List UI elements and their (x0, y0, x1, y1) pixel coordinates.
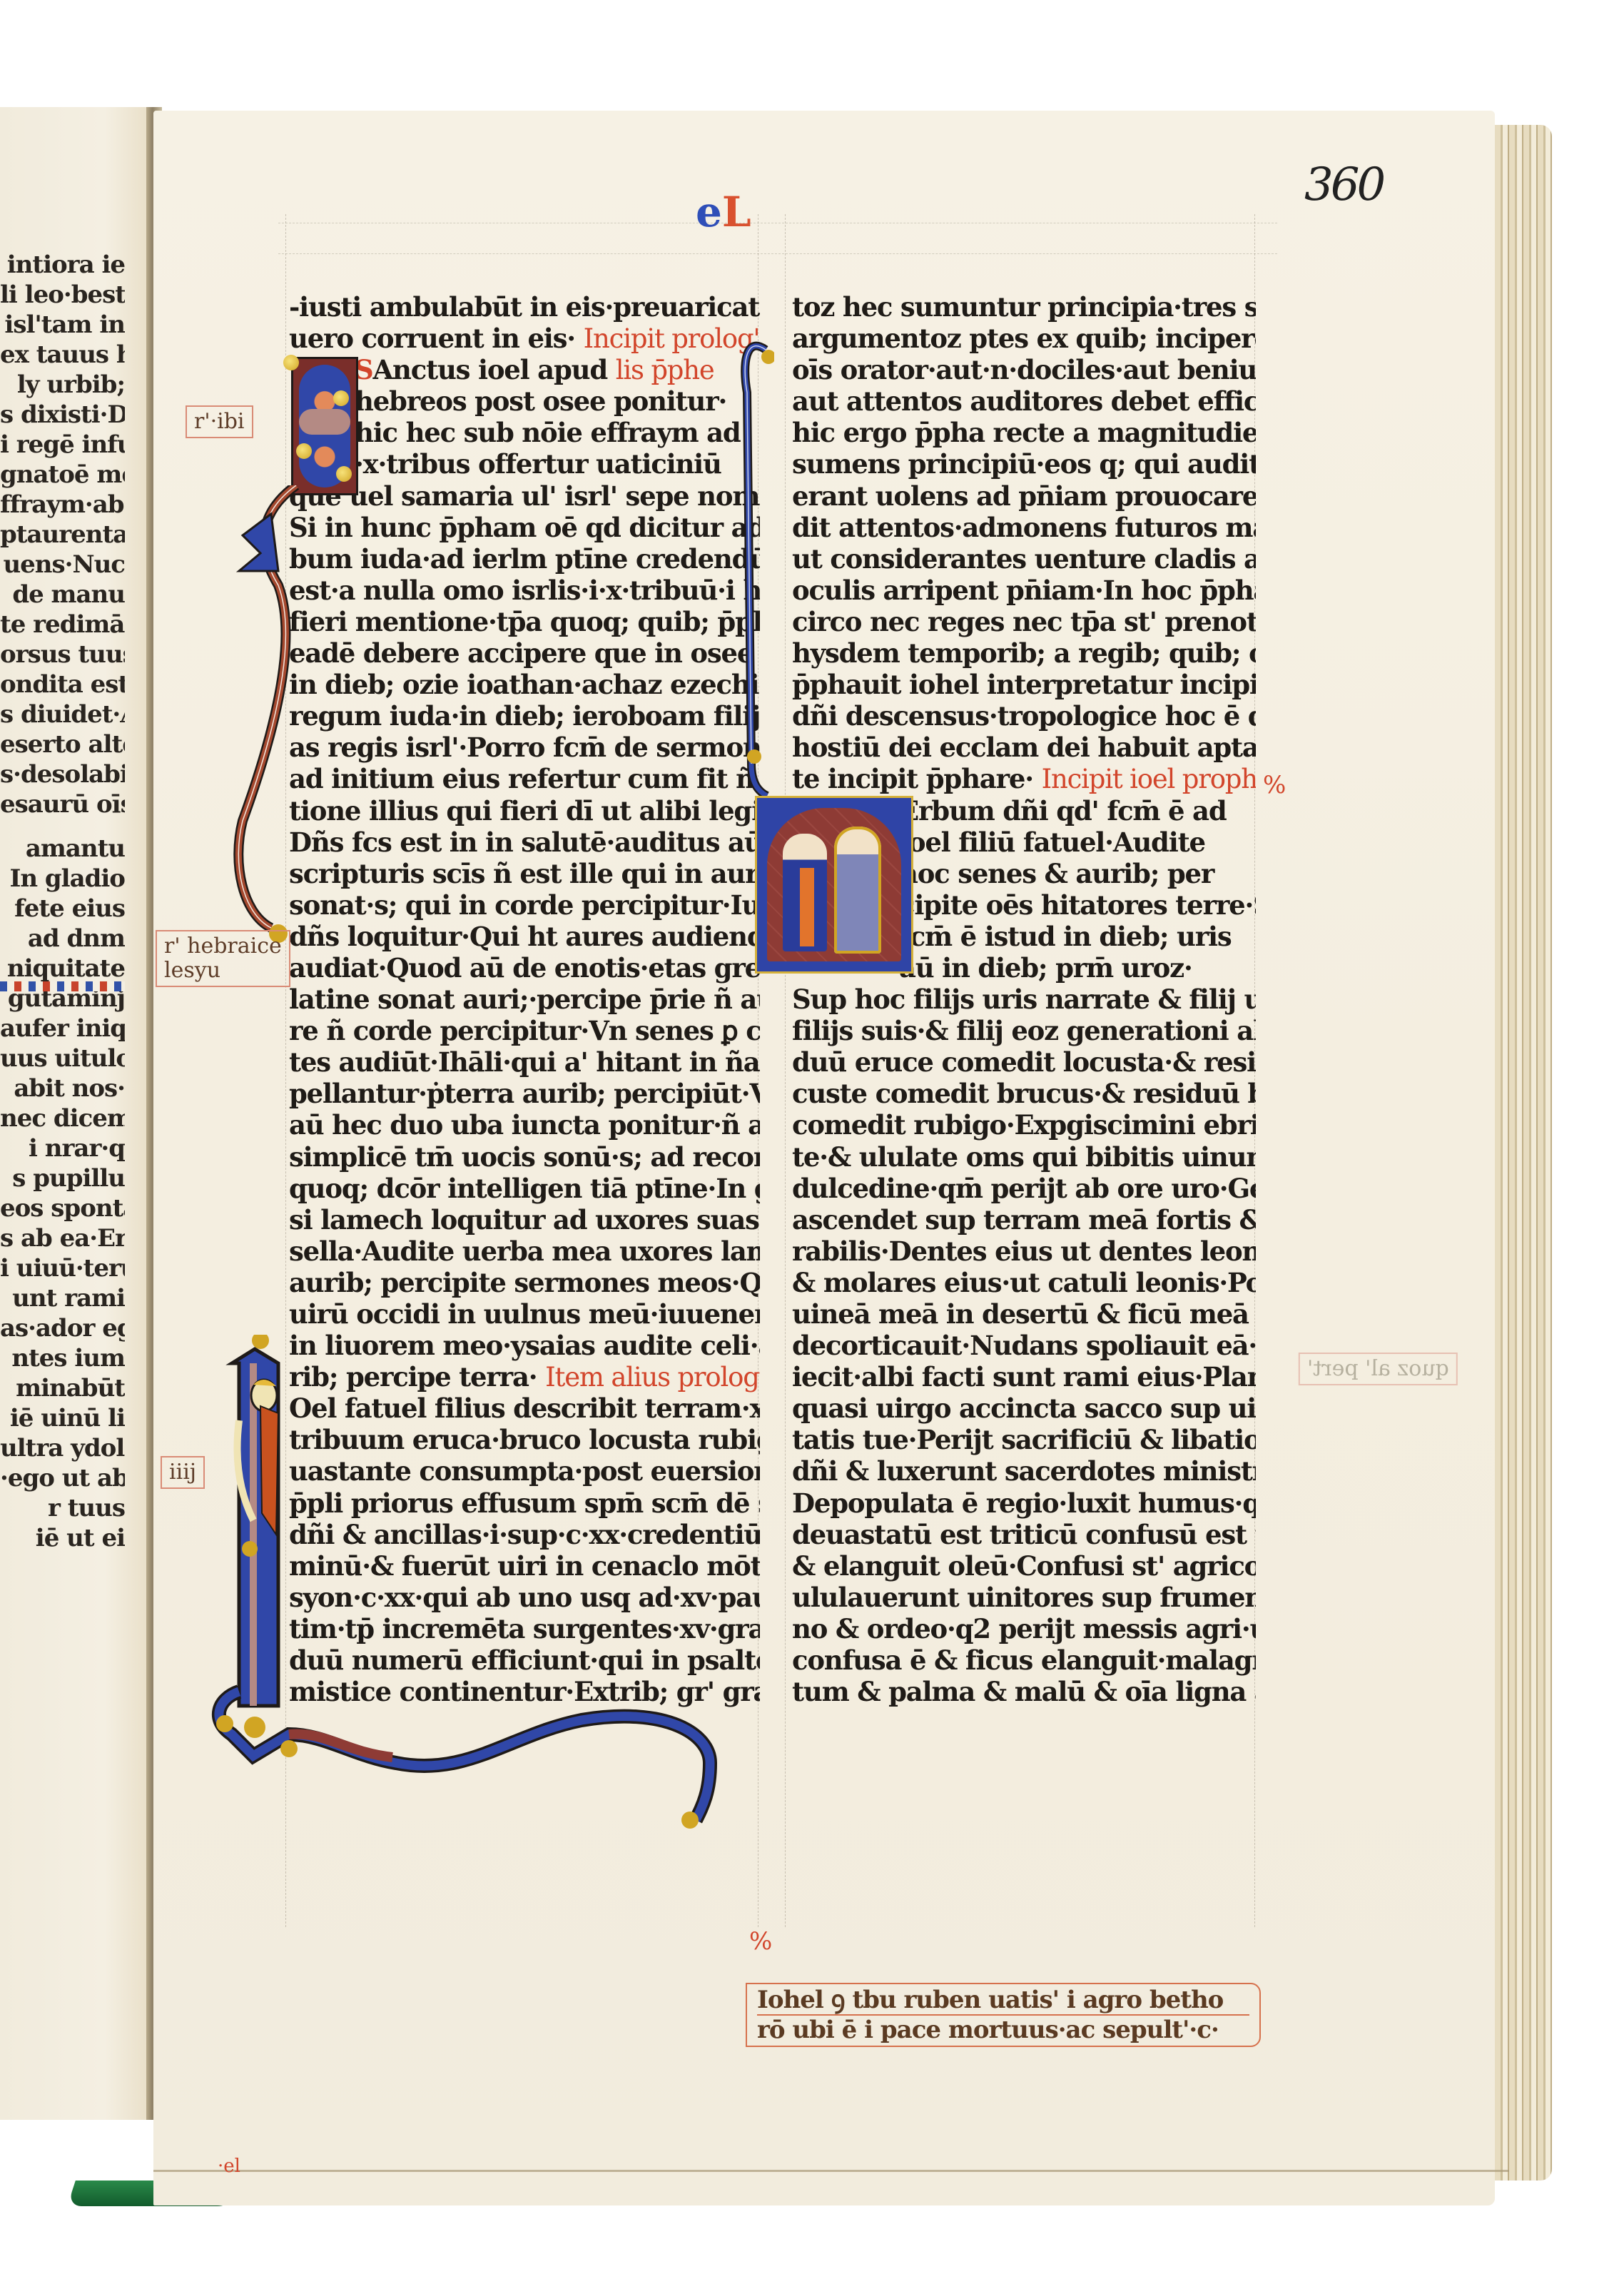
left-page-text-line: esaurū oīs (0, 789, 125, 819)
text-line: comedit rubigo·Expgiscimini ebrij & fle (792, 1109, 1256, 1141)
text-line: custe comedit brucus·& residuū bruchi (792, 1078, 1256, 1109)
ruling-line (278, 223, 1277, 223)
left-page-text-line: iē uinū li (0, 1403, 125, 1433)
folio-number: 360 (1304, 158, 1383, 211)
left-page-text-line: de manu (0, 580, 125, 610)
text-line: p̄phauit iohel interpretatur incipiens a… (792, 669, 1256, 700)
left-page-fragment: intiora ieli leo·bestiaisl'tam inex tauu… (0, 107, 150, 2120)
text-line: in dieb; ozie ioathan·achaz ezechie (289, 669, 760, 700)
text-line: erant uolens ad pn̄iam prouocare red (792, 480, 1256, 512)
text-line: quasi uirgo accincta sacco sup uirū pube… (792, 1393, 1256, 1424)
gold-ball (333, 390, 349, 406)
left-page-text-line: i nrar·q (0, 1133, 125, 1163)
left-page-text-line: s diuidet·Ad (0, 699, 125, 729)
text-line: ululauerunt uinitores sup frumento u (792, 1582, 1256, 1613)
left-page-text-line: nec dicemus (0, 1103, 125, 1133)
historiated-initial-v (755, 796, 913, 974)
page-bottom-edge (153, 2170, 1509, 2178)
margin-note-iiij: iiij (161, 1456, 205, 1489)
text-line: deuastatū est triticū confusū est uinum· (792, 1519, 1256, 1550)
text-column-b: toz hec sumuntur principia·tres st argum… (792, 291, 1256, 1707)
ruling-line (278, 253, 1277, 254)
text-line: SAnctus ioel apud lis p̄phe (289, 354, 760, 385)
left-page-text-line: amantu (0, 834, 125, 864)
text-line: argumentoz ptes ex quib; incipere solet (792, 323, 1256, 354)
left-page-text-line: s ab ea·Ero (0, 1223, 125, 1253)
text-line: Sup hoc filijs uris narrate & filij uri (792, 984, 1256, 1015)
text-line: hic ergo p̄pha recte a magnitudie cladis (792, 417, 1256, 448)
text-line: si lamech loquitur ad uxores suas adā & (289, 1204, 760, 1236)
text-line: sonat·s; qui in corde percipitur·Iux ill… (289, 889, 760, 921)
text-line: duū eruce comedit locusta·& residuū lo (792, 1046, 1256, 1078)
text-line: regum iuda·in dieb; ieroboam filij io (289, 700, 760, 732)
footer-note-line: Iohel ꝯ tbu ruben uatis' i agro betho (757, 1986, 1249, 2016)
left-page-text-line: niquitate (0, 954, 125, 984)
text-line: re ñ corde percipitur·Vn senes ꝑ celes (289, 1015, 760, 1046)
left-page-text-line: s·desolabit (0, 759, 125, 789)
margin-note-ibi: r'·ibi (186, 405, 253, 438)
left-page-text-line: In gladio (0, 864, 125, 894)
text-line: sella·Audite uerba mea uxores lamech· (289, 1236, 760, 1267)
left-page-text-line: uus uitulos (0, 1044, 125, 1073)
gold-ball (296, 443, 312, 459)
text-line: decorticauit·Nudans spoliauit eā·& pro (792, 1330, 1256, 1361)
text-line: aū hec duo uba iuncta ponitur·ñ ad (289, 1109, 760, 1141)
text-line: rabilis·Dentes eius ut dentes leonis (792, 1236, 1256, 1267)
text-line: audiat·Quod aū de enotis·etas grece (289, 952, 760, 984)
paraph-mark: % (1263, 771, 1286, 799)
text-line: Si in hunc p̄pham oē qd dicitur ad tri (289, 512, 760, 543)
rubric-incipit-prologus: Incipit prolog' ioe (584, 323, 760, 354)
left-page-text-line: intiora ie (0, 250, 125, 280)
text-line: iecit·albi facti sunt rami eius·Plangite (792, 1361, 1256, 1393)
left-page-text-line: ondita est (0, 669, 125, 699)
page-fore-edges (1495, 125, 1552, 2181)
text-line: ·x·tribus offertur uaticiniū (289, 448, 760, 480)
text-line: oculis arripent pn̄iam·In hoc p̄pha id (792, 575, 1256, 606)
text-line: as regis isrl'·Porro fcm̄ de sermone dñi (289, 732, 760, 763)
initial-s-tail-flourish (228, 485, 307, 949)
left-page-text-line: ntes ium (0, 1343, 125, 1373)
text-line: ascendet sup terram meā fortis & innume (792, 1204, 1256, 1236)
left-page-text-line: ad dnm (0, 924, 125, 954)
left-page-text-line: orsus tuus (0, 640, 125, 669)
text-line: dñs loquitur·Qui ht aures audiendi (289, 921, 760, 952)
left-page-text-line: unt rami (0, 1283, 125, 1313)
text-line: te incipit p̄phare· Incipit ioel propha (792, 763, 1256, 794)
text-line: simplicē tm̄ uocis sonū·s; ad reconditū (289, 1141, 760, 1173)
running-head: eL (696, 191, 751, 233)
left-page-text-line: eserto altē (0, 729, 125, 759)
left-page-text-line: ultra ydola (0, 1433, 125, 1463)
text-line: fieri mentione·tp̄a quoq; quib; p̄phauit (289, 606, 760, 637)
text-line: toz hec sumuntur principia·tres st (792, 291, 1256, 323)
margin-note-line: r' hebraice (164, 934, 282, 959)
gold-ball (283, 355, 299, 370)
text-line: te·& ululate oms qui bibitis uinum in (792, 1141, 1256, 1173)
initial-v-ascender-flourish (739, 335, 774, 796)
left-page-text-line: ·ego ut abi (0, 1463, 125, 1493)
text-line: dulcedine·qm̄ perijt ab ore uro·Gens eni (792, 1173, 1256, 1204)
left-page-text-line: ptaurenta (0, 520, 125, 550)
prophet-figure (783, 834, 827, 951)
text-line: scripturis scīs ñ est ille qui in aure (289, 858, 760, 889)
text-line: hysdem temporib; a regib; quib; osee (792, 637, 1256, 669)
text-line: oīs orator·aut·n·dociles·aut beniuolos· (792, 354, 1256, 385)
left-page-text-line: gnatoē mea (0, 460, 125, 490)
left-page-text-line: abit nos· (0, 1073, 125, 1103)
rubric-incipit-prologus-cont: lis p̄phe (616, 355, 714, 385)
left-page-text-line: ly urbib; (0, 370, 125, 400)
text-line: que uel samaria ul' isrl' sepe nomināt· (289, 480, 760, 512)
text-line: aurib; percipite sermones meos·Quia (289, 1267, 760, 1298)
text-line: sumens principiū·eos q; qui auditum (792, 448, 1256, 480)
left-page-text-line: ex tauus hic (0, 340, 125, 370)
left-page-text-line: li leo·bestia (0, 280, 125, 310)
text-line: uineā meā in desertū & ficū meā (792, 1298, 1256, 1330)
text-line: Dñs fcs est in in salutē·auditus aū in (289, 827, 760, 858)
text-line: circo nec reges nec tp̄a st' prenotata·q… (792, 606, 1256, 637)
text-line: tes audiūt·Ihāli·qui a' hitant in ña·ap (289, 1046, 760, 1078)
left-page-decorative-band (0, 981, 125, 991)
text-line: Depopulata ē regio·luxit humus·qm (792, 1487, 1256, 1519)
left-page-text-line: as·ador eg (0, 1313, 125, 1343)
left-page-text-line: aufer iniq (0, 1014, 125, 1044)
text-line: dñi descensus·tropologice hoc ē q qui (792, 700, 1256, 732)
text-line: est·a nulla omo isrlis·i·x·tribuū·i hoc (289, 575, 760, 606)
text-line: tatis tue·Perijt sacrificiū & libatio de… (792, 1424, 1256, 1455)
text-line: & elanguit oleū·Confusi st' agricole·& (792, 1550, 1256, 1582)
text-line: & molares eius·ut catuli leonis·Posuit (792, 1267, 1256, 1298)
illuminated-initial-i-with-grotesque (210, 1335, 796, 1834)
text-line: dit attentos·admonens futuros mali (792, 512, 1256, 543)
bottom-catchword: ·el (218, 2156, 240, 2177)
initial-s-band (299, 409, 350, 435)
text-line: hebreos post osee ponitur· (289, 385, 760, 417)
show-through-margin-note: quoz al' pert' (1299, 1353, 1458, 1385)
text-line: uirū occidi in uulnus meū·iuuenem (289, 1298, 760, 1330)
margin-note-hebraice: r' hebraice lesyu (156, 930, 290, 987)
text-line: uero corruent in eis· Incipit prolog' io… (289, 323, 760, 354)
left-page-text-line: s dixisti·Da (0, 400, 125, 430)
text-line: quoq; dcōr intelligen tiā ptīne·In gene (289, 1173, 760, 1204)
rubric-incipit-ioel: Incipit ioel propha (1042, 764, 1256, 794)
margin-note-line: lesyu (164, 959, 282, 983)
text-line: eadē debere accipere que in osee legimꝰ (289, 637, 760, 669)
text-line: ad initium eius refertur cum fit ñ ad od… (289, 763, 760, 794)
gold-ball (336, 466, 352, 482)
left-page-text: intiora ieli leo·bestiaisl'tam inex tauu… (0, 250, 125, 1553)
illuminated-initial-s (291, 357, 358, 495)
text-line: aut attentos auditores debet efficere· (792, 385, 1256, 417)
left-page-text-line: iē ut ei (0, 1523, 125, 1553)
text-line: -iusti ambulabūt in eis·preuaricatore (289, 291, 760, 323)
left-page-text-line: te redimā eos· (0, 610, 125, 640)
text-line: filijs suis·& filij eoz generationi alī·… (792, 1015, 1256, 1046)
text-line: confusa ē & ficus elanguit·malagrana (792, 1644, 1256, 1676)
running-head-blue-letter: e (696, 188, 722, 236)
text-line: hostiū dei ecclam dei habuit aptam rec (792, 732, 1256, 763)
left-page-text-line: minabūt (0, 1373, 125, 1403)
left-page-text-line: eos sponta (0, 1193, 125, 1223)
text-line: bum iuda·ad ierlm ptīne credendū (289, 543, 760, 575)
text-line: no & ordeo·q2 perijt messis agri·uinea (792, 1613, 1256, 1644)
left-page-text-line: uens·Nuc (0, 550, 125, 580)
running-head-red-letter: L (722, 188, 751, 236)
footer-note-line: rō ubi ē i pace mortuus·ac sepult'·c· (757, 2016, 1249, 2044)
text-line: hic hec sub nōie effraym ad (289, 417, 760, 448)
haloed-figure (834, 827, 881, 954)
paraph-mark: % (749, 1927, 772, 1956)
text-line: ut considerantes uenture cladis asperita… (792, 543, 1256, 575)
left-page-text-line: isl'tam in (0, 310, 125, 340)
left-page-text-line: s pupillu (0, 1163, 125, 1193)
text-line: pellantur·ṗterra aurib; percipiūt·Vbiq; (289, 1078, 760, 1109)
text-line: tione illius qui fieri dī ut alibi legim… (289, 795, 760, 827)
text-line: dñi & luxerunt sacerdotes ministri dñi· (792, 1455, 1256, 1487)
footer-annotation-box: Iohel ꝯ tbu ruben uatis' i agro betho rō… (746, 1983, 1261, 2047)
text-line: latine sonat auri;·percipe p̄rie ñ aū (289, 984, 760, 1015)
left-page-text-line: fete eius (0, 894, 125, 924)
left-page-text-line: r tuus (0, 1493, 125, 1523)
left-page-text-line: ffraym·abs (0, 490, 125, 520)
text-line: tum & palma & malū & oīa ligna agri (792, 1676, 1256, 1707)
left-page-text-line: i regē infu (0, 430, 125, 460)
left-page-text-line: i uiuū·terū (0, 1253, 125, 1283)
